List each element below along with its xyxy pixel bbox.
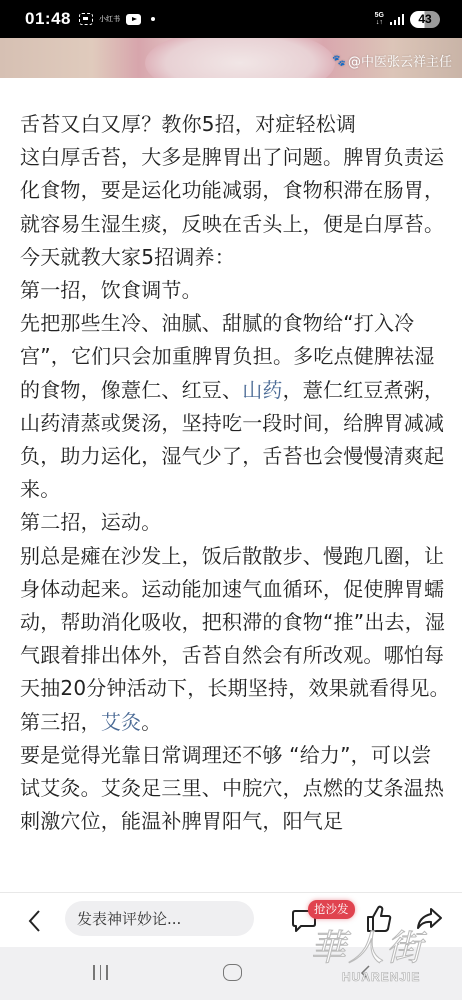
link-shanyao[interactable]: 山药	[242, 378, 282, 402]
share-icon[interactable]	[415, 906, 443, 932]
section-heading-1: 第一招，饮食调节。	[20, 274, 450, 307]
article-image[interactable]: 🐾 @中医张云祥主任	[0, 38, 462, 78]
image-watermark: 🐾 @中医张云祥主任	[332, 51, 452, 70]
recent-apps-button[interactable]	[93, 965, 108, 980]
phone-screen: 01:48 小红书 5G↓↑ 43 🐾 @中医张云祥主任 舌苔又白又厚？教你5招…	[0, 0, 462, 1000]
comment-placeholder: 发表神评妙论...	[77, 908, 181, 929]
system-status-icons: 5G↓↑ 43	[375, 11, 440, 28]
article-body: 舌苔又白又厚？教你5招，对症轻松调 这白厚舌苔，大多是脾胃出了问题。脾胃负责运化…	[20, 108, 450, 838]
screen-record-icon	[79, 13, 93, 25]
sofa-badge[interactable]: 抢沙发	[308, 900, 355, 919]
article-paragraph: 先把那些生冷、油腻、甜腻的食物给“打入冷宫”，它们只会加重脾胃负担。多吃点健脾祛…	[20, 307, 450, 506]
article-paragraph: 别总是瘫在沙发上，饭后散散步、慢跑几圈，让身体动起来。运动能加速气血循环，促使脾…	[20, 540, 450, 706]
youtube-icon	[126, 14, 141, 25]
notification-dot-icon	[151, 17, 155, 21]
thumbs-up-icon[interactable]	[366, 904, 392, 934]
article-paragraph: 要是觉得光靠日常调理还不够 “给力”，可以尝试艾灸。艾灸足三里、中脘穴，点燃的艾…	[20, 739, 450, 839]
article-paragraph: 这白厚舌苔，大多是脾胃出了问题。脾胃负责运化食物，要是运化功能减弱，食物积滞在肠…	[20, 141, 450, 274]
article-title: 舌苔又白又厚？教你5招，对症轻松调	[20, 108, 450, 141]
xiaohongshu-icon: 小红书	[99, 14, 120, 24]
bottom-action-bar: 发表神评妙论... 抢沙发	[0, 892, 462, 947]
nav-back-icon[interactable]	[356, 963, 376, 983]
notification-icons: 小红书	[79, 13, 155, 25]
signal-icon	[390, 14, 404, 25]
system-nav-bar	[0, 947, 462, 1000]
status-bar: 01:48 小红书 5G↓↑ 43	[0, 0, 462, 38]
back-arrow-icon[interactable]	[25, 907, 45, 935]
status-time: 01:48	[25, 9, 71, 29]
home-button[interactable]	[223, 964, 242, 981]
section-heading-3: 第三招，艾灸。	[20, 706, 450, 739]
link-aijiu[interactable]: 艾灸	[101, 710, 141, 734]
section-heading-2: 第二招，运动。	[20, 506, 450, 539]
comment-input[interactable]: 发表神评妙论...	[65, 901, 254, 936]
battery-icon: 43	[410, 11, 440, 28]
paw-icon: 🐾	[332, 54, 346, 67]
network-5g-icon: 5G↓↑	[375, 12, 384, 26]
